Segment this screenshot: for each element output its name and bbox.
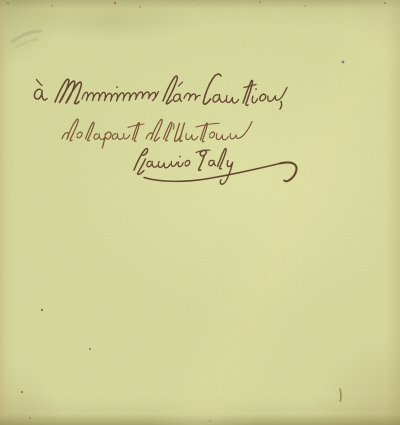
scan-artwork [0, 0, 400, 425]
paper-grain-texture [0, 0, 400, 425]
flyleaf-page: à Monsieur Léon Gautier, de la part de l… [0, 0, 400, 425]
